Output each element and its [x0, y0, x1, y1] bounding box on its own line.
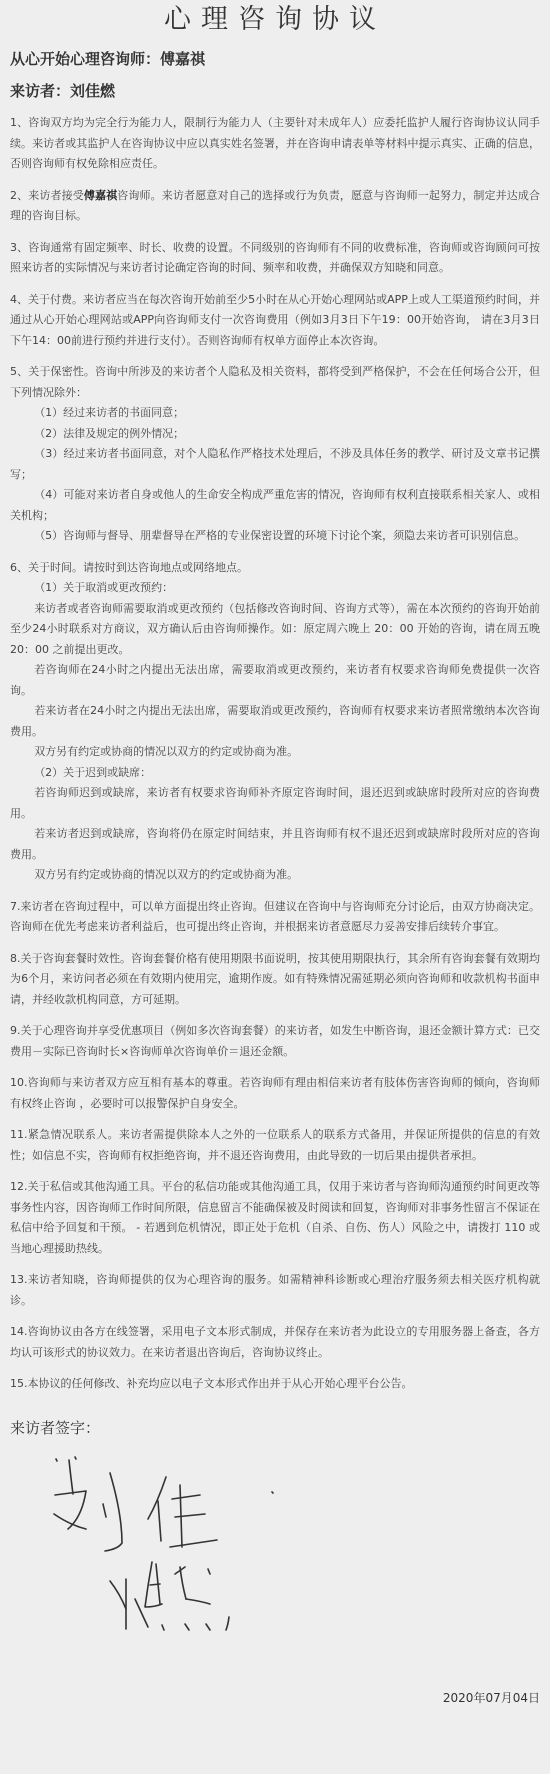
- visitor-name: 刘佳燃: [70, 82, 115, 100]
- subheading: （2）关于迟到或缺席：: [10, 763, 540, 784]
- counselor-line: 从心开始心理咨询师：傅嘉祺: [10, 49, 540, 69]
- exception-item: （2）法律及规定的例外情况；: [10, 424, 540, 445]
- clauses-list: 1、咨询双方均为完全行为能力人，限制行为能力人（主要针对未成年人）应委托监护人履…: [10, 113, 540, 1395]
- sub-paragraph: 若来访者在24小时之内提出无法出席，需要取消或更改预约，咨询师有权要求来访者照常…: [10, 701, 540, 742]
- counselor-label: 从心开始心理咨询师：: [10, 50, 160, 68]
- handwritten-signature: [10, 1439, 540, 1649]
- clause-prefix: 2、来访者接受: [10, 189, 84, 202]
- clause-text: 14.咨询协议由各方在线签署，采用电子文本形式制成，并保存在来访者为此设立的专用…: [10, 1322, 540, 1363]
- agreement-document: 心理咨询协议 从心开始心理咨询师：傅嘉祺 来访者：刘佳燃 1、咨询双方均为完全行…: [0, 0, 550, 1649]
- clause-text: 12.关于私信或其他沟通工具。平台的私信功能或其他沟通工具，仅用于来访者与咨询师…: [10, 1177, 540, 1259]
- clause-text: 8.关于咨询套餐时效性。咨询套餐价格有使用期限书面说明，按其使用期限执行，其余所…: [10, 949, 540, 1011]
- clause-text: 1、咨询双方均为完全行为能力人，限制行为能力人（主要针对未成年人）应委托监护人履…: [10, 113, 540, 175]
- clause-text: 6、关于时间。请按时到达咨询地点或网络地点。: [10, 558, 540, 579]
- clause-13: 13.来访者知晓，咨询师提供的仅为心理咨询的服务。如需精神科诊断或心理治疗服务须…: [10, 1270, 540, 1311]
- clause-text: 4、关于付费。来访者应当在每次咨询开始前至少5小时在从心开始心理网站或APP上或…: [10, 290, 540, 352]
- sub-paragraph: 若来访者迟到或缺席，咨询将仍在原定时间结束，并且咨询师有权不退还迟到或缺席时段所…: [10, 824, 540, 865]
- exception-item: （1）经过来访者的书面同意；: [10, 403, 540, 424]
- clause-10: 10.咨询师与来访者双方应互相有基本的尊重。若咨询师有理由相信来访者有肢体伤害咨…: [10, 1073, 540, 1114]
- clause-8: 8.关于咨询套餐时效性。咨询套餐价格有使用期限书面说明，按其使用期限执行，其余所…: [10, 949, 540, 1011]
- clause-text: 11.紧急情况联系人。来访者需提供除本人之外的一位联系人的联系方式备用，并保证所…: [10, 1125, 540, 1166]
- sub-paragraph: 来访者或者咨询师需要取消或更改预约（包括修改咨询时间、咨询方式等），需在本次预约…: [10, 599, 540, 661]
- counselor-name-inline: 傅嘉祺: [84, 189, 117, 202]
- visitor-line: 来访者：刘佳燃: [10, 81, 540, 101]
- clause-text: 9.关于心理咨询并享受优惠项目（例如多次咨询套餐）的来访者，如发生中断咨询，退还…: [10, 1021, 540, 1062]
- clause-text: 15.本协议的任何修改、补充均应以电子文本形式作出并于从心开始心理平台公告。: [10, 1374, 540, 1395]
- clause-5: 5、关于保密性。咨询中所涉及的来访者个人隐私及相关资料，都将受到严格保护，不会在…: [10, 362, 540, 547]
- clause-1: 1、咨询双方均为完全行为能力人，限制行为能力人（主要针对未成年人）应委托监护人履…: [10, 113, 540, 175]
- clause-text: 5、关于保密性。咨询中所涉及的来访者个人隐私及相关资料，都将受到严格保护，不会在…: [10, 362, 540, 403]
- clause-15: 15.本协议的任何修改、补充均应以电子文本形式作出并于从心开始心理平台公告。: [10, 1374, 540, 1395]
- clause-14: 14.咨询协议由各方在线签署，采用电子文本形式制成，并保存在来访者为此设立的专用…: [10, 1322, 540, 1363]
- sub-paragraph: 双方另有约定或协商的情况以双方的约定或协商为准。: [10, 742, 540, 763]
- signature-label: 来访者签字：: [10, 1417, 540, 1439]
- sub-paragraph: 若咨询师在24小时之内提出无法出席，需要取消或更改预约，来访者有权要求咨询师免费…: [10, 660, 540, 701]
- clause-3: 3、咨询通常有固定频率、时长、收费的设置。不同级别的咨询师有不同的收费标准，咨询…: [10, 238, 540, 279]
- exception-item: （5）咨询师与督导、朋辈督导在严格的专业保密设置的环境下讨论个案，须隐去来访者可…: [10, 526, 540, 547]
- page-title: 心理咨询协议: [10, 0, 540, 42]
- clause-text: 7.来访者在咨询过程中，可以单方面提出终止咨询。但建议在咨询中与咨询师充分讨论后…: [10, 897, 540, 938]
- clause-text: 3、咨询通常有固定频率、时长、收费的设置。不同级别的咨询师有不同的收费标准，咨询…: [10, 238, 540, 279]
- signature-strokes-icon: [10, 1439, 310, 1649]
- clause-text: 2、来访者接受傅嘉祺咨询师。来访者愿意对自己的选择或行为负责，愿意与咨询师一起努…: [10, 186, 540, 227]
- sub-paragraph: 若咨询师迟到或缺席，来访者有权要求咨询师补齐原定咨询时间，退还迟到或缺席时段所对…: [10, 783, 540, 824]
- sub-paragraph: 双方另有约定或协商的情况以双方的约定或协商为准。: [10, 865, 540, 886]
- clause-2: 2、来访者接受傅嘉祺咨询师。来访者愿意对自己的选择或行为负责，愿意与咨询师一起努…: [10, 186, 540, 227]
- signature-date: 2020年07月04日: [443, 1689, 540, 1706]
- clause-11: 11.紧急情况联系人。来访者需提供除本人之外的一位联系人的联系方式备用，并保证所…: [10, 1125, 540, 1166]
- clause-text: 13.来访者知晓，咨询师提供的仅为心理咨询的服务。如需精神科诊断或心理治疗服务须…: [10, 1270, 540, 1311]
- clause-text: 10.咨询师与来访者双方应互相有基本的尊重。若咨询师有理由相信来访者有肢体伤害咨…: [10, 1073, 540, 1114]
- subheading: （1）关于取消或更改预约：: [10, 578, 540, 599]
- counselor-name: 傅嘉祺: [160, 50, 205, 68]
- clause-4: 4、关于付费。来访者应当在每次咨询开始前至少5小时在从心开始心理网站或APP上或…: [10, 290, 540, 352]
- exception-item: （4）可能对来访者自身或他人的生命安全构成严重危害的情况，咨询师有权利直接联系相…: [10, 485, 540, 526]
- clause-12: 12.关于私信或其他沟通工具。平台的私信功能或其他沟通工具，仅用于来访者与咨询师…: [10, 1177, 540, 1259]
- clause-7: 7.来访者在咨询过程中，可以单方面提出终止咨询。但建议在咨询中与咨询师充分讨论后…: [10, 897, 540, 938]
- visitor-label: 来访者：: [10, 82, 70, 100]
- clause-9: 9.关于心理咨询并享受优惠项目（例如多次咨询套餐）的来访者，如发生中断咨询，退还…: [10, 1021, 540, 1062]
- exception-item: （3）经过来访者书面同意，对个人隐私作严格技术处理后，不涉及具体任务的教学、研讨…: [10, 444, 540, 485]
- clause-6: 6、关于时间。请按时到达咨询地点或网络地点。 （1）关于取消或更改预约： 来访者…: [10, 558, 540, 886]
